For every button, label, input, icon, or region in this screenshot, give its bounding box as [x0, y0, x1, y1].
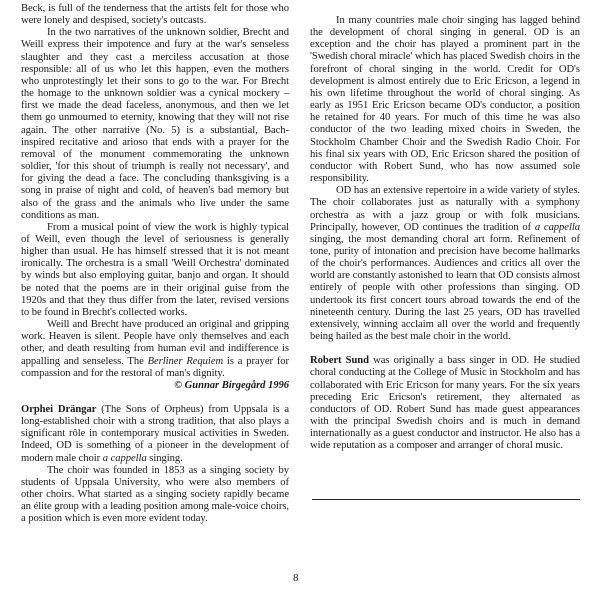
paragraph-founding: The choir was founded in 1853 as a singi…: [21, 465, 289, 526]
conductor-name: Robert Sund: [310, 355, 369, 366]
paragraph-robert-sund: Robert Sund was originally a bass singer…: [310, 355, 580, 452]
text: was originally a bass singer in OD. He s…: [310, 355, 580, 451]
spacer: [21, 392, 289, 404]
left-column: Beck, is full of the tenderness that the…: [21, 3, 289, 526]
text: singing.: [147, 453, 183, 464]
spacer: [310, 343, 580, 355]
right-column: In many countries male choir singing has…: [310, 15, 580, 452]
choir-name: Orphei Drängar: [21, 404, 96, 415]
section-divider: [312, 499, 580, 500]
paragraph-orphei-drangar: Orphei Drängar (The Sons of Orpheus) fro…: [21, 404, 289, 465]
italic-term: a cappella: [103, 453, 147, 464]
text: singing, the most demanding choral art f…: [310, 234, 580, 342]
paragraph-unknown-soldier: In the two narratives of the unknown sol…: [21, 27, 289, 222]
paragraph-berliner-intro: Beck, is full of the tenderness that the…: [21, 3, 289, 27]
paragraph-musical-view: From a musical point of view the work is…: [21, 222, 289, 319]
paragraph-development: In many countries male choir singing has…: [310, 15, 580, 185]
paragraph-repertoire: OD has an extensive repertoire in a wide…: [310, 185, 580, 343]
italic-term: a cappella: [535, 222, 580, 233]
author-credit: © Gunnar Birgegård 1996: [21, 380, 289, 392]
work-title: Berliner Requiem: [148, 356, 223, 367]
page-number: 8: [293, 572, 299, 584]
paragraph-conclusion: Weill and Brecht have produced an origin…: [21, 319, 289, 380]
